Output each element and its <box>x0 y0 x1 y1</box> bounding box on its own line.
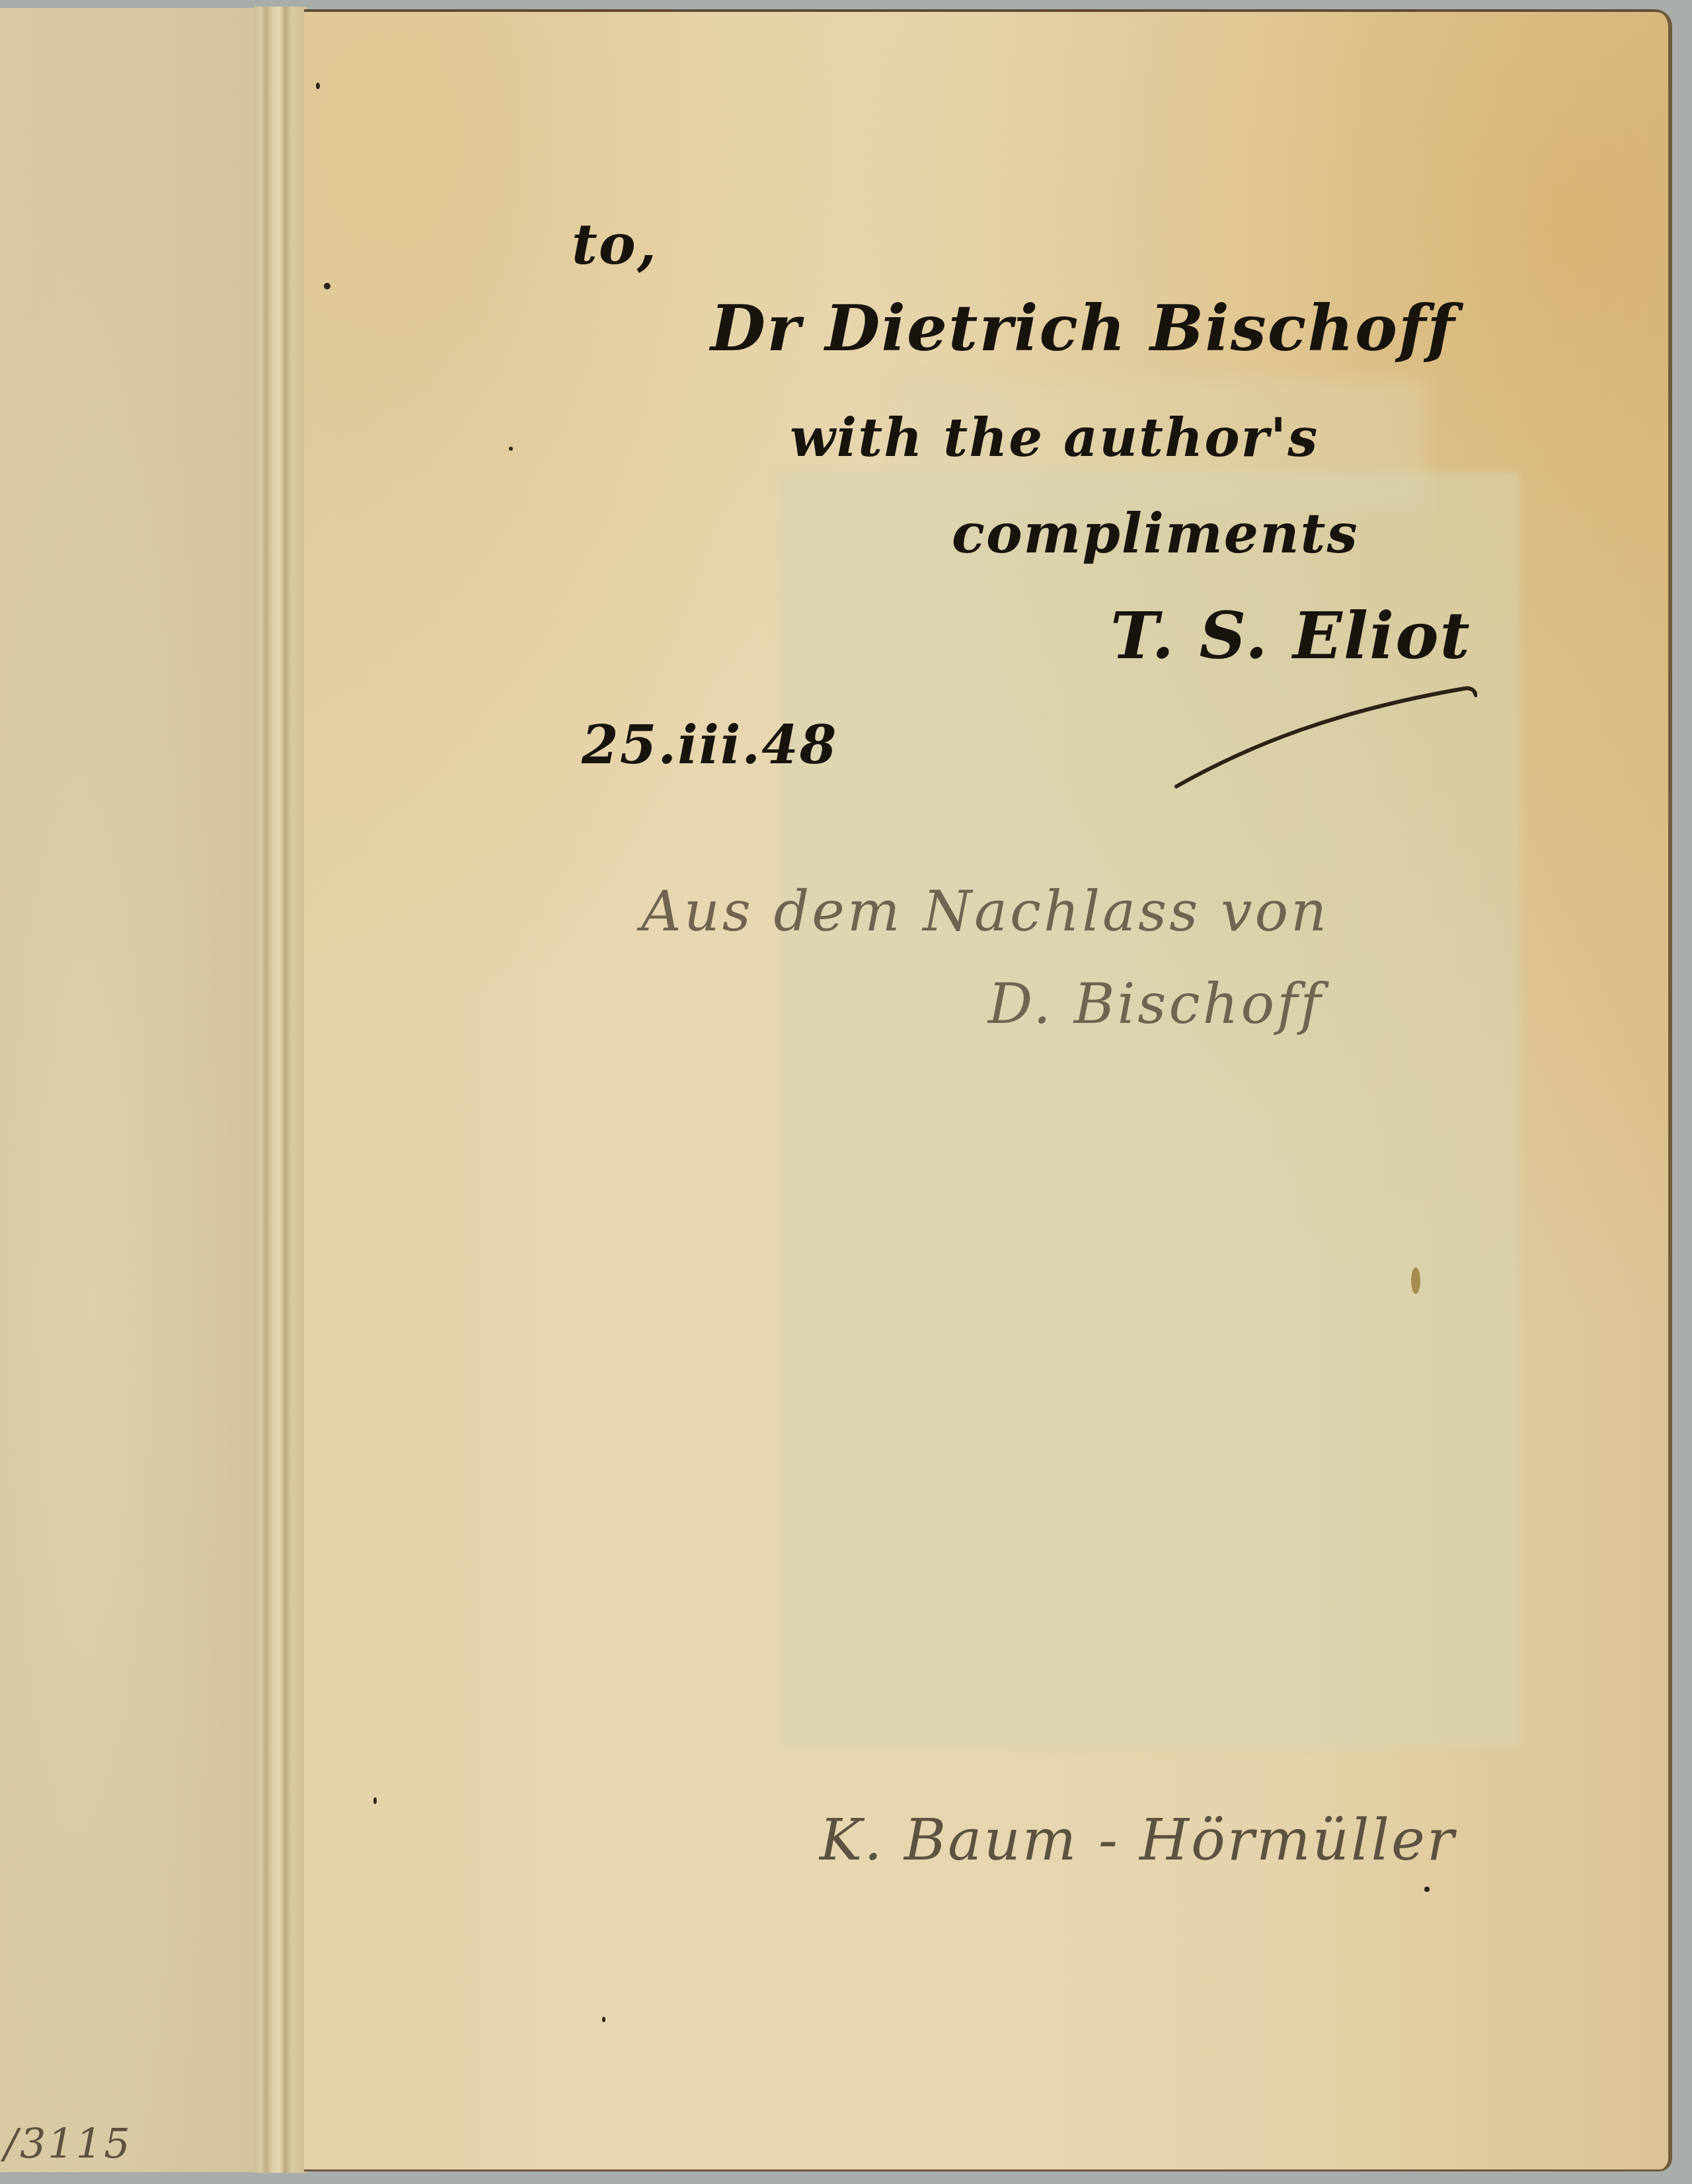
book-photo: /3115 to, Dr Dietrich Bischoff with the … <box>0 0 1692 2184</box>
ink-speck <box>316 83 320 89</box>
ownership-signature: K. Baum - Hörmüller <box>820 1807 1456 1873</box>
ink-speck <box>602 2017 605 2022</box>
ink-speck <box>1424 1887 1430 1892</box>
signature-flourish <box>1173 681 1477 800</box>
ink-speck <box>509 447 513 451</box>
provenance-note-line1: Aus dem Nachlass von <box>641 879 1329 944</box>
shelf-mark: /3115 <box>4 2119 132 2167</box>
ink-speck <box>373 1797 377 1804</box>
inscription-compliments: compliments <box>952 502 1359 566</box>
left-pastedown: /3115 <box>0 8 264 2172</box>
inscription-recipient: Dr Dietrich Bischoff <box>711 291 1456 365</box>
inscription-to: to, <box>572 211 658 277</box>
author-signature: T. S. Eliot <box>1110 598 1471 674</box>
provenance-note-line2: D. Bischoff <box>988 971 1323 1036</box>
foxing-spot <box>1411 1267 1420 1294</box>
book-hinge <box>254 7 307 2173</box>
inscription-with-authors: with the author's <box>790 406 1319 469</box>
inscription-date: 25.iii.48 <box>582 714 838 776</box>
ink-speck <box>324 283 330 289</box>
